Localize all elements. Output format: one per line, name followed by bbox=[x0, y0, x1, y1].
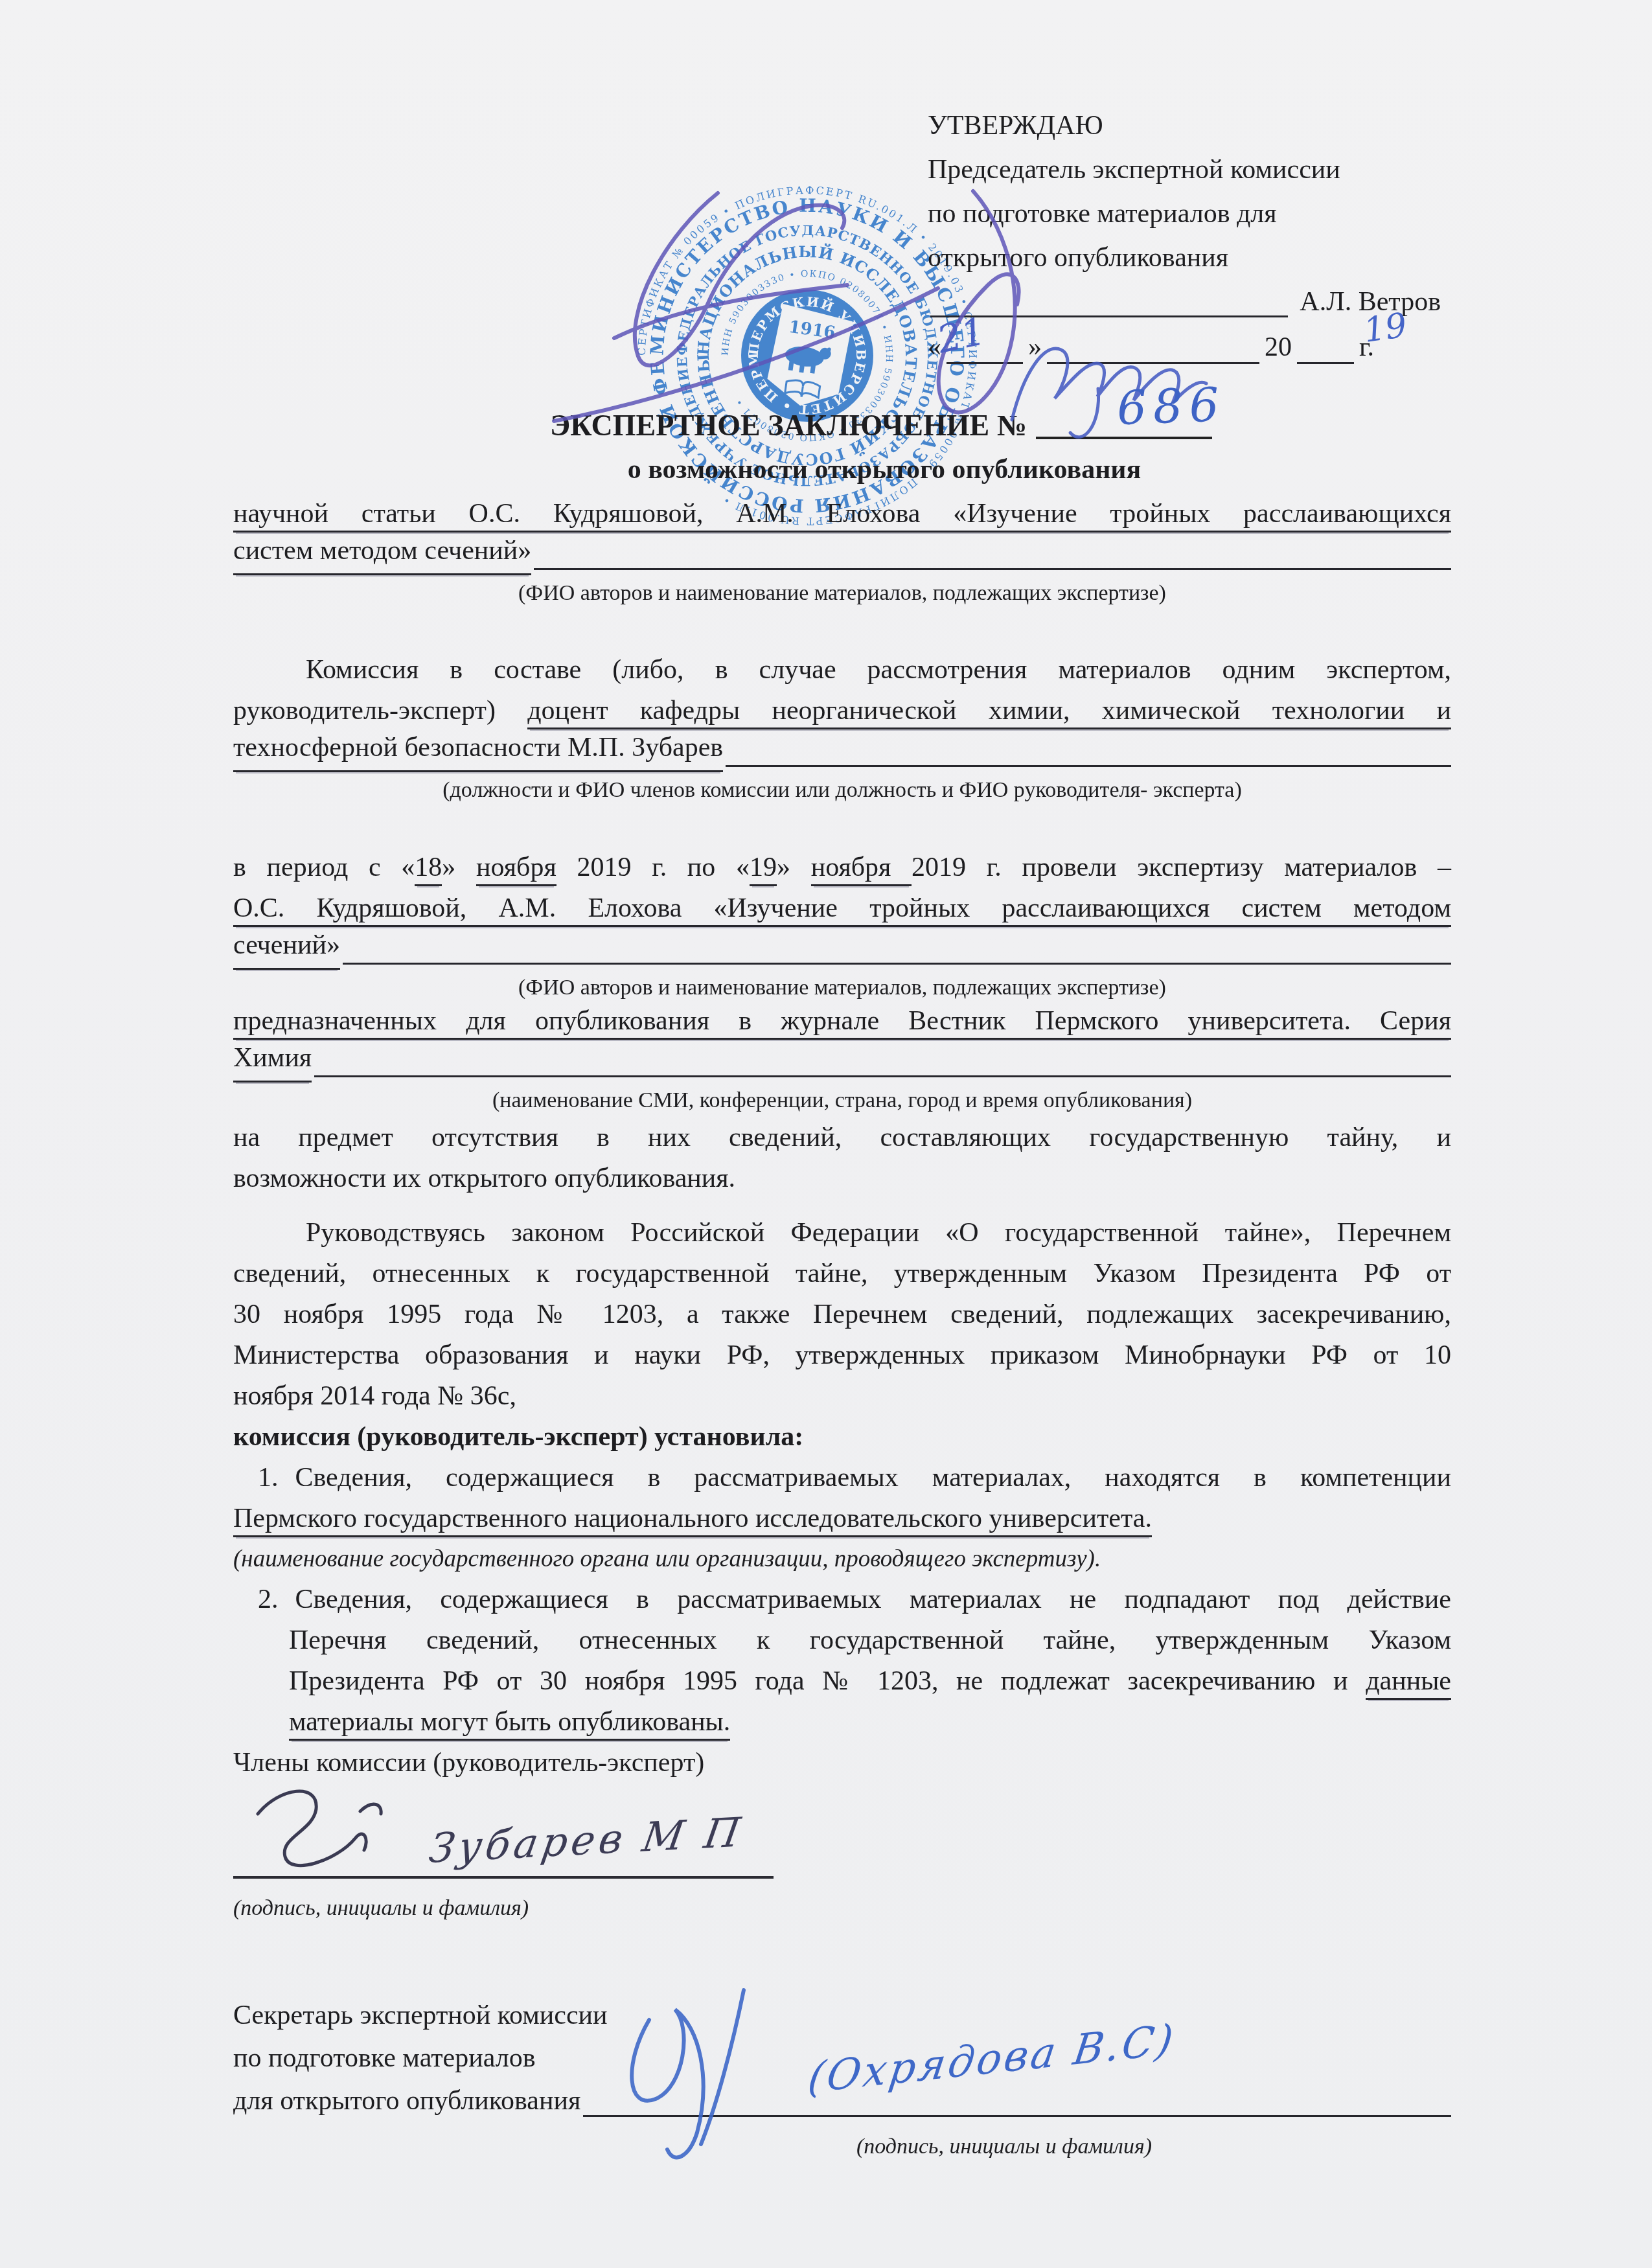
commission-line-plain: руководитель-эксперт) bbox=[233, 696, 527, 726]
purpose-line: возможности их открытого опубликования. bbox=[233, 1158, 1451, 1199]
finding-line-underlined: данные bbox=[1366, 1666, 1451, 1700]
venue-line: предназначенных для опубликования в журн… bbox=[233, 1006, 1451, 1040]
zubarev-signature-name: Зубарев М П bbox=[426, 1809, 748, 1872]
caption-commission-members: (должности и ФИО членов комиссии или дол… bbox=[233, 772, 1451, 808]
subject-paragraph: научной статьи О.С. Кудряшовой, А.М. Ело… bbox=[233, 494, 1451, 612]
secretary-line: для открытого опубликования bbox=[233, 2079, 580, 2122]
approval-block: УТВЕРЖДАЮ Председатель экспертной комисс… bbox=[928, 104, 1441, 371]
members-signature-caption: (подпись, инициалы и фамилия) bbox=[233, 1890, 529, 1927]
finding-line: Сведения, содержащиеся в рассматриваемых… bbox=[295, 1585, 1452, 1614]
date-from-month: ноября bbox=[476, 853, 556, 886]
legal-line: 30 ноября 1995 года № 1203, а также Пере… bbox=[233, 1294, 1451, 1335]
caption-media: (наименование СМИ, конференции, страна, … bbox=[233, 1082, 1451, 1119]
finding-line-underlined: материалы могут быть опубликованы. bbox=[289, 1707, 730, 1741]
zubarev-signature-scribble bbox=[258, 1791, 381, 1866]
item-number: 2. bbox=[258, 1579, 279, 1620]
date-to-month: ноября bbox=[811, 853, 912, 886]
commission-line-underlined: техносферной безопасности М.П. Зубарев bbox=[233, 727, 723, 772]
month-blank-line bbox=[1047, 362, 1259, 364]
legal-line: Руководствуясь законом Российской Федера… bbox=[233, 1213, 1451, 1254]
blank-fill-line bbox=[314, 1075, 1451, 1077]
subject-line: систем методом сечений» bbox=[233, 531, 531, 575]
commission-line-underlined: доцент кафедры неорганической химии, хим… bbox=[527, 696, 1451, 729]
period-text: в период с « bbox=[233, 853, 415, 882]
approval-line: Председатель экспертной комиссии bbox=[928, 148, 1441, 192]
document-page: СЕРТИФИКАТ № 00059 • ПОЛИГРАФСЕРТ RU.001… bbox=[0, 0, 1652, 2268]
approval-line: открытого опубликования bbox=[928, 236, 1441, 280]
commission-paragraph: Комиссия в составе (либо, в случае рассм… bbox=[233, 650, 1451, 808]
findings-list: 1.Сведения, содержащиеся в рассматриваем… bbox=[233, 1458, 1451, 1783]
subject-line: научной статьи О.С. Кудряшовой, А.М. Ело… bbox=[233, 499, 1451, 533]
item-number: 1. bbox=[258, 1458, 279, 1498]
caption-authors: (ФИО авторов и наименование материалов, … bbox=[233, 575, 1451, 612]
finding-line-plain: Президента РФ от 30 ноября 1995 года № 1… bbox=[289, 1666, 1366, 1696]
quote-open: « bbox=[928, 325, 941, 369]
legal-line: Министерства образования и науки РФ, утв… bbox=[233, 1335, 1451, 1376]
purpose-line: на предмет отсутствия в них сведений, со… bbox=[233, 1117, 1451, 1158]
document-title: ЭКСПЕРТНОЕ ЗАКЛЮЧЕНИЕ № bbox=[550, 409, 1027, 442]
members-signature-line bbox=[233, 1876, 774, 1879]
approval-date-row: « » 20 г. bbox=[928, 324, 1441, 371]
finding-organization: Пермского государственного национального… bbox=[233, 1504, 1152, 1537]
materials-line: О.С. Кудряшовой, А.М. Елохова «Изучение … bbox=[233, 893, 1451, 927]
secretary-line: по подготовке материалов bbox=[233, 2037, 1451, 2079]
finding-line: Перечня сведений, отнесенных к государст… bbox=[233, 1620, 1451, 1661]
blank-fill-line bbox=[726, 765, 1451, 767]
signature-blank-line bbox=[930, 315, 1288, 317]
document-subtitle: о возможности открытого опубликования bbox=[233, 450, 1451, 490]
commission-line: Комиссия в составе (либо, в случае рассм… bbox=[233, 650, 1451, 691]
members-label: Члены комиссии (руководитель-эксперт) bbox=[233, 1743, 1451, 1783]
approver-signature-row: А.Л. Ветров bbox=[928, 280, 1441, 324]
finding-line: Сведения, содержащиеся в рассматриваемых… bbox=[295, 1463, 1452, 1493]
date-from-day: 18 bbox=[415, 853, 442, 886]
secretary-signature-line bbox=[583, 2115, 1451, 2117]
secretary-signature-caption: (подпись, инициалы и фамилия) bbox=[823, 2129, 1186, 2165]
period-text: 2019 г. провели экспертизу материалов – bbox=[912, 853, 1451, 882]
year-unit: г. bbox=[1359, 325, 1374, 369]
legal-line: сведений, отнесенных к государственной т… bbox=[233, 1254, 1451, 1294]
secretary-block: Секретарь экспертной комиссии по подгото… bbox=[233, 1994, 1451, 2122]
year-blank-line bbox=[1297, 362, 1354, 364]
year-prefix: 20 bbox=[1265, 325, 1292, 369]
approval-heading: УТВЕРЖДАЮ bbox=[928, 104, 1441, 148]
document-title-row: ЭКСПЕРТНОЕ ЗАКЛЮЧЕНИЕ № bbox=[233, 403, 1451, 448]
date-to-day: 19 bbox=[750, 853, 777, 886]
approval-line: по подготовке материалов для bbox=[928, 192, 1441, 236]
number-blank-line bbox=[1036, 437, 1212, 439]
period-paragraph: в период с «18» ноября 2019 г. по «19» н… bbox=[233, 847, 1451, 1199]
quote-close: » bbox=[1028, 325, 1042, 369]
approver-name: А.Л. Ветров bbox=[1300, 280, 1441, 324]
day-blank-line bbox=[946, 362, 1023, 364]
blank-fill-line bbox=[534, 568, 1451, 570]
conclusion-heading: комиссия (руководитель-эксперт) установи… bbox=[233, 1417, 1451, 1458]
period-text: » bbox=[777, 853, 811, 882]
legal-paragraph: Руководствуясь законом Российской Федера… bbox=[233, 1213, 1451, 1458]
period-text: 2019 г. по « bbox=[556, 853, 750, 882]
materials-line: сечений» bbox=[233, 925, 340, 970]
caption-organization: (наименование государственного органа ил… bbox=[233, 1539, 1451, 1579]
blank-fill-line bbox=[343, 963, 1451, 965]
venue-line: Химия bbox=[233, 1038, 312, 1082]
secretary-line: Секретарь экспертной комиссии bbox=[233, 1994, 1451, 2037]
period-text: » bbox=[442, 853, 476, 882]
legal-line: ноября 2014 года № 36с, bbox=[233, 1376, 1451, 1417]
